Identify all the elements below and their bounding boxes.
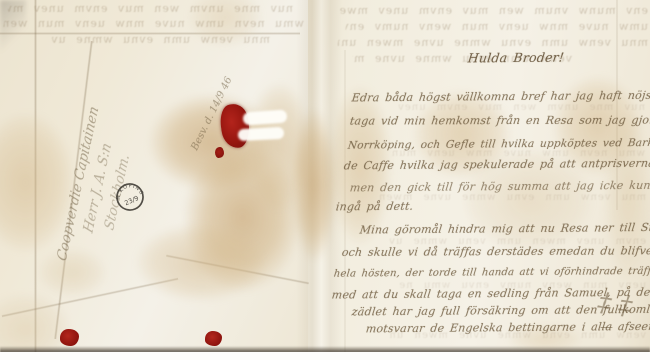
ghost-line: mnu venw umn evnu wmne uvne mwen unmv en… <box>337 36 649 49</box>
closing-dash: — <box>600 320 612 335</box>
ghost-line: umw nuve mnw uenv mun wenv numv envu wmu… <box>345 20 649 33</box>
body-line: men den gick till för hög summa att jag … <box>349 179 650 195</box>
body-line: Norrköping, och Gefle till hvilka uppköp… <box>347 136 650 151</box>
ghost-line: env munw vnum wen muv envm unev mwen unm… <box>339 4 649 17</box>
body-line: Edra båda högst vällkomna bref har jag h… <box>351 89 650 105</box>
ghost-line: nuv mne unvm wen muv envm unev mwen unm … <box>7 2 294 15</box>
body-line: Mina göromål hindra mig att nu Resa ner … <box>359 221 650 237</box>
letter-scan: nuv mne unvm wen muv envm unev mwen unm … <box>0 0 650 360</box>
wax-seal-fragment <box>215 147 224 158</box>
ghost-line: wmu nevn umw nuve mnw uenv mun wenv numv… <box>3 17 305 30</box>
salutation: Hulda Broder! <box>467 50 565 66</box>
body-line: ingå på dett. <box>335 200 414 214</box>
red-wax-dot <box>60 329 79 346</box>
body-line: taga vid min hemkomst från en Resa som j… <box>349 113 650 127</box>
seal-glare <box>238 127 285 141</box>
scan-background-strip <box>0 352 650 360</box>
postmark-date: 23/9 <box>123 194 140 207</box>
pen-flourish: ‡‡ <box>596 287 642 323</box>
red-wax-dot <box>205 331 222 346</box>
body-line: de Caffe hvilka jag spekulerade på att a… <box>343 157 650 173</box>
body-line: och skulle vi då träffas derstädes emeda… <box>341 244 650 259</box>
